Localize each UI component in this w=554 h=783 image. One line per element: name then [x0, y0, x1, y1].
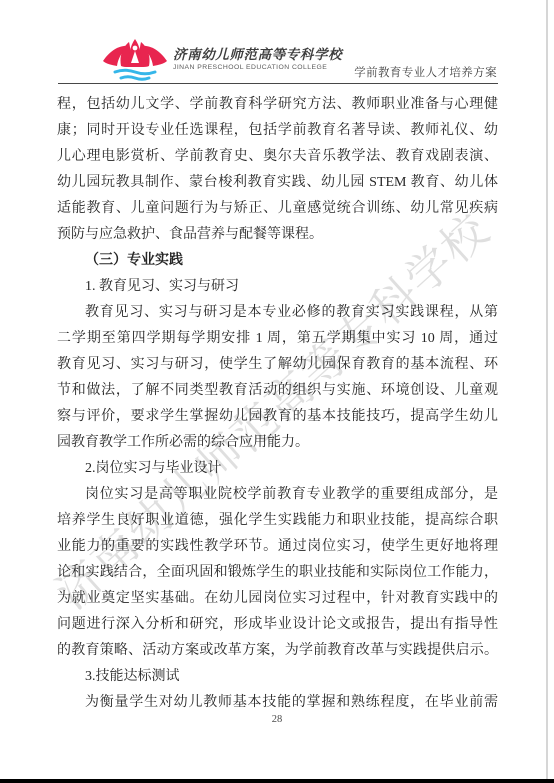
school-name-en: JINAN PRESCHOOL EDUCATION COLLEGE [173, 64, 342, 71]
page-right-edge-line [546, 0, 548, 779]
bottom-black-bar [0, 779, 554, 783]
school-logo-icon [101, 39, 169, 83]
text-line: 预防与应急救护、食品营养与配餐等课程。 [57, 222, 498, 248]
document-title: 学前教育专业人才培养方案 [354, 64, 497, 80]
text-line: 业能力的重要的实践性教学环节。通过岗位实习，使学生更好地将理 [57, 534, 498, 560]
page-header: 济南幼儿师范高等专科学校 JINAN PRESCHOOL EDUCATION C… [0, 0, 554, 86]
text-line: 1. 教育见习、实习与研习 [57, 274, 498, 300]
school-name-block: 济南幼儿师范高等专科学校 JINAN PRESCHOOL EDUCATION C… [173, 43, 342, 71]
text-line: 察与评价，要求学生掌握幼儿园教育的基本技能技巧，提高学生幼儿 [57, 404, 498, 430]
document-page: 济南幼儿师范高等专科学校 JINAN PRESCHOOL EDUCATION C… [0, 0, 554, 783]
text-line: 幼儿园玩教具制作、蒙台梭利教育实践、幼儿园 STEM 教育、幼儿体 [57, 170, 498, 196]
school-name-zh: 济南幼儿师范高等专科学校 [173, 43, 342, 63]
text-line: 的教育策略、活动方案或改革方案，为学前教育改革与实践提供启示。 [57, 638, 498, 664]
text-line: 2.岗位实习与毕业设计 [57, 456, 498, 482]
text-line: 儿心理电影赏析、学前教育史、奥尔夫音乐教学法、教育戏剧表演、 [57, 144, 498, 170]
section-heading-line: （三）专业实践 [57, 248, 498, 274]
text-line: 岗位实习是高等职业院校学前教育专业教学的重要组成部分，是 [57, 482, 498, 508]
text-line: 程，包括幼儿文学、学前教育科学研究方法、教师职业准备与心理健 [57, 92, 498, 118]
text-line: 教育见习、实习与研习，使学生了解幼儿园保育教育的基本流程、环 [57, 352, 498, 378]
text-line: 为就业奠定坚实基础。在幼儿园岗位实习过程中，针对教育实践中的 [57, 586, 498, 612]
text-line: 为衡量学生对幼儿教师基本技能的掌握和熟练程度，在毕业前需 [57, 690, 498, 716]
text-line: 适能教育、儿童问题行为与矫正、儿童感觉统合训练、幼儿常见疾病 [57, 196, 498, 222]
text-line: 节和做法，了解不同类型教育活动的组织与实施、环境创设、儿童观 [57, 378, 498, 404]
text-line: 二学期至第四学期每学期安排 1 周，第五学期集中实习 10 周，通过 [57, 326, 498, 352]
page-number: 28 [0, 714, 554, 725]
text-line: 问题进行深入分析和研究，形成毕业设计论文或报告，提出有指导性 [57, 612, 498, 638]
text-line: 园教育教学工作所必需的综合应用能力。 [57, 430, 498, 456]
text-line: 3.技能达标测试 [57, 664, 498, 690]
header-rule [58, 83, 498, 84]
text-line: 论和实践结合，全面巩固和锻炼学生的职业技能和实际岗位工作能力， [57, 560, 498, 586]
text-line: 康；同时开设专业任选课程，包括学前教育名著导读、教师礼仪、幼 [57, 118, 498, 144]
text-line: 教育见习、实习与研习是本专业必修的教育实习实践课程，从第 [57, 300, 498, 326]
body-text: 程，包括幼儿文学、学前教育科学研究方法、教师职业准备与心理健康；同时开设专业任选… [57, 92, 498, 716]
text-line: 培养学生良好职业道德，强化学生实践能力和职业技能，提高综合职 [57, 508, 498, 534]
